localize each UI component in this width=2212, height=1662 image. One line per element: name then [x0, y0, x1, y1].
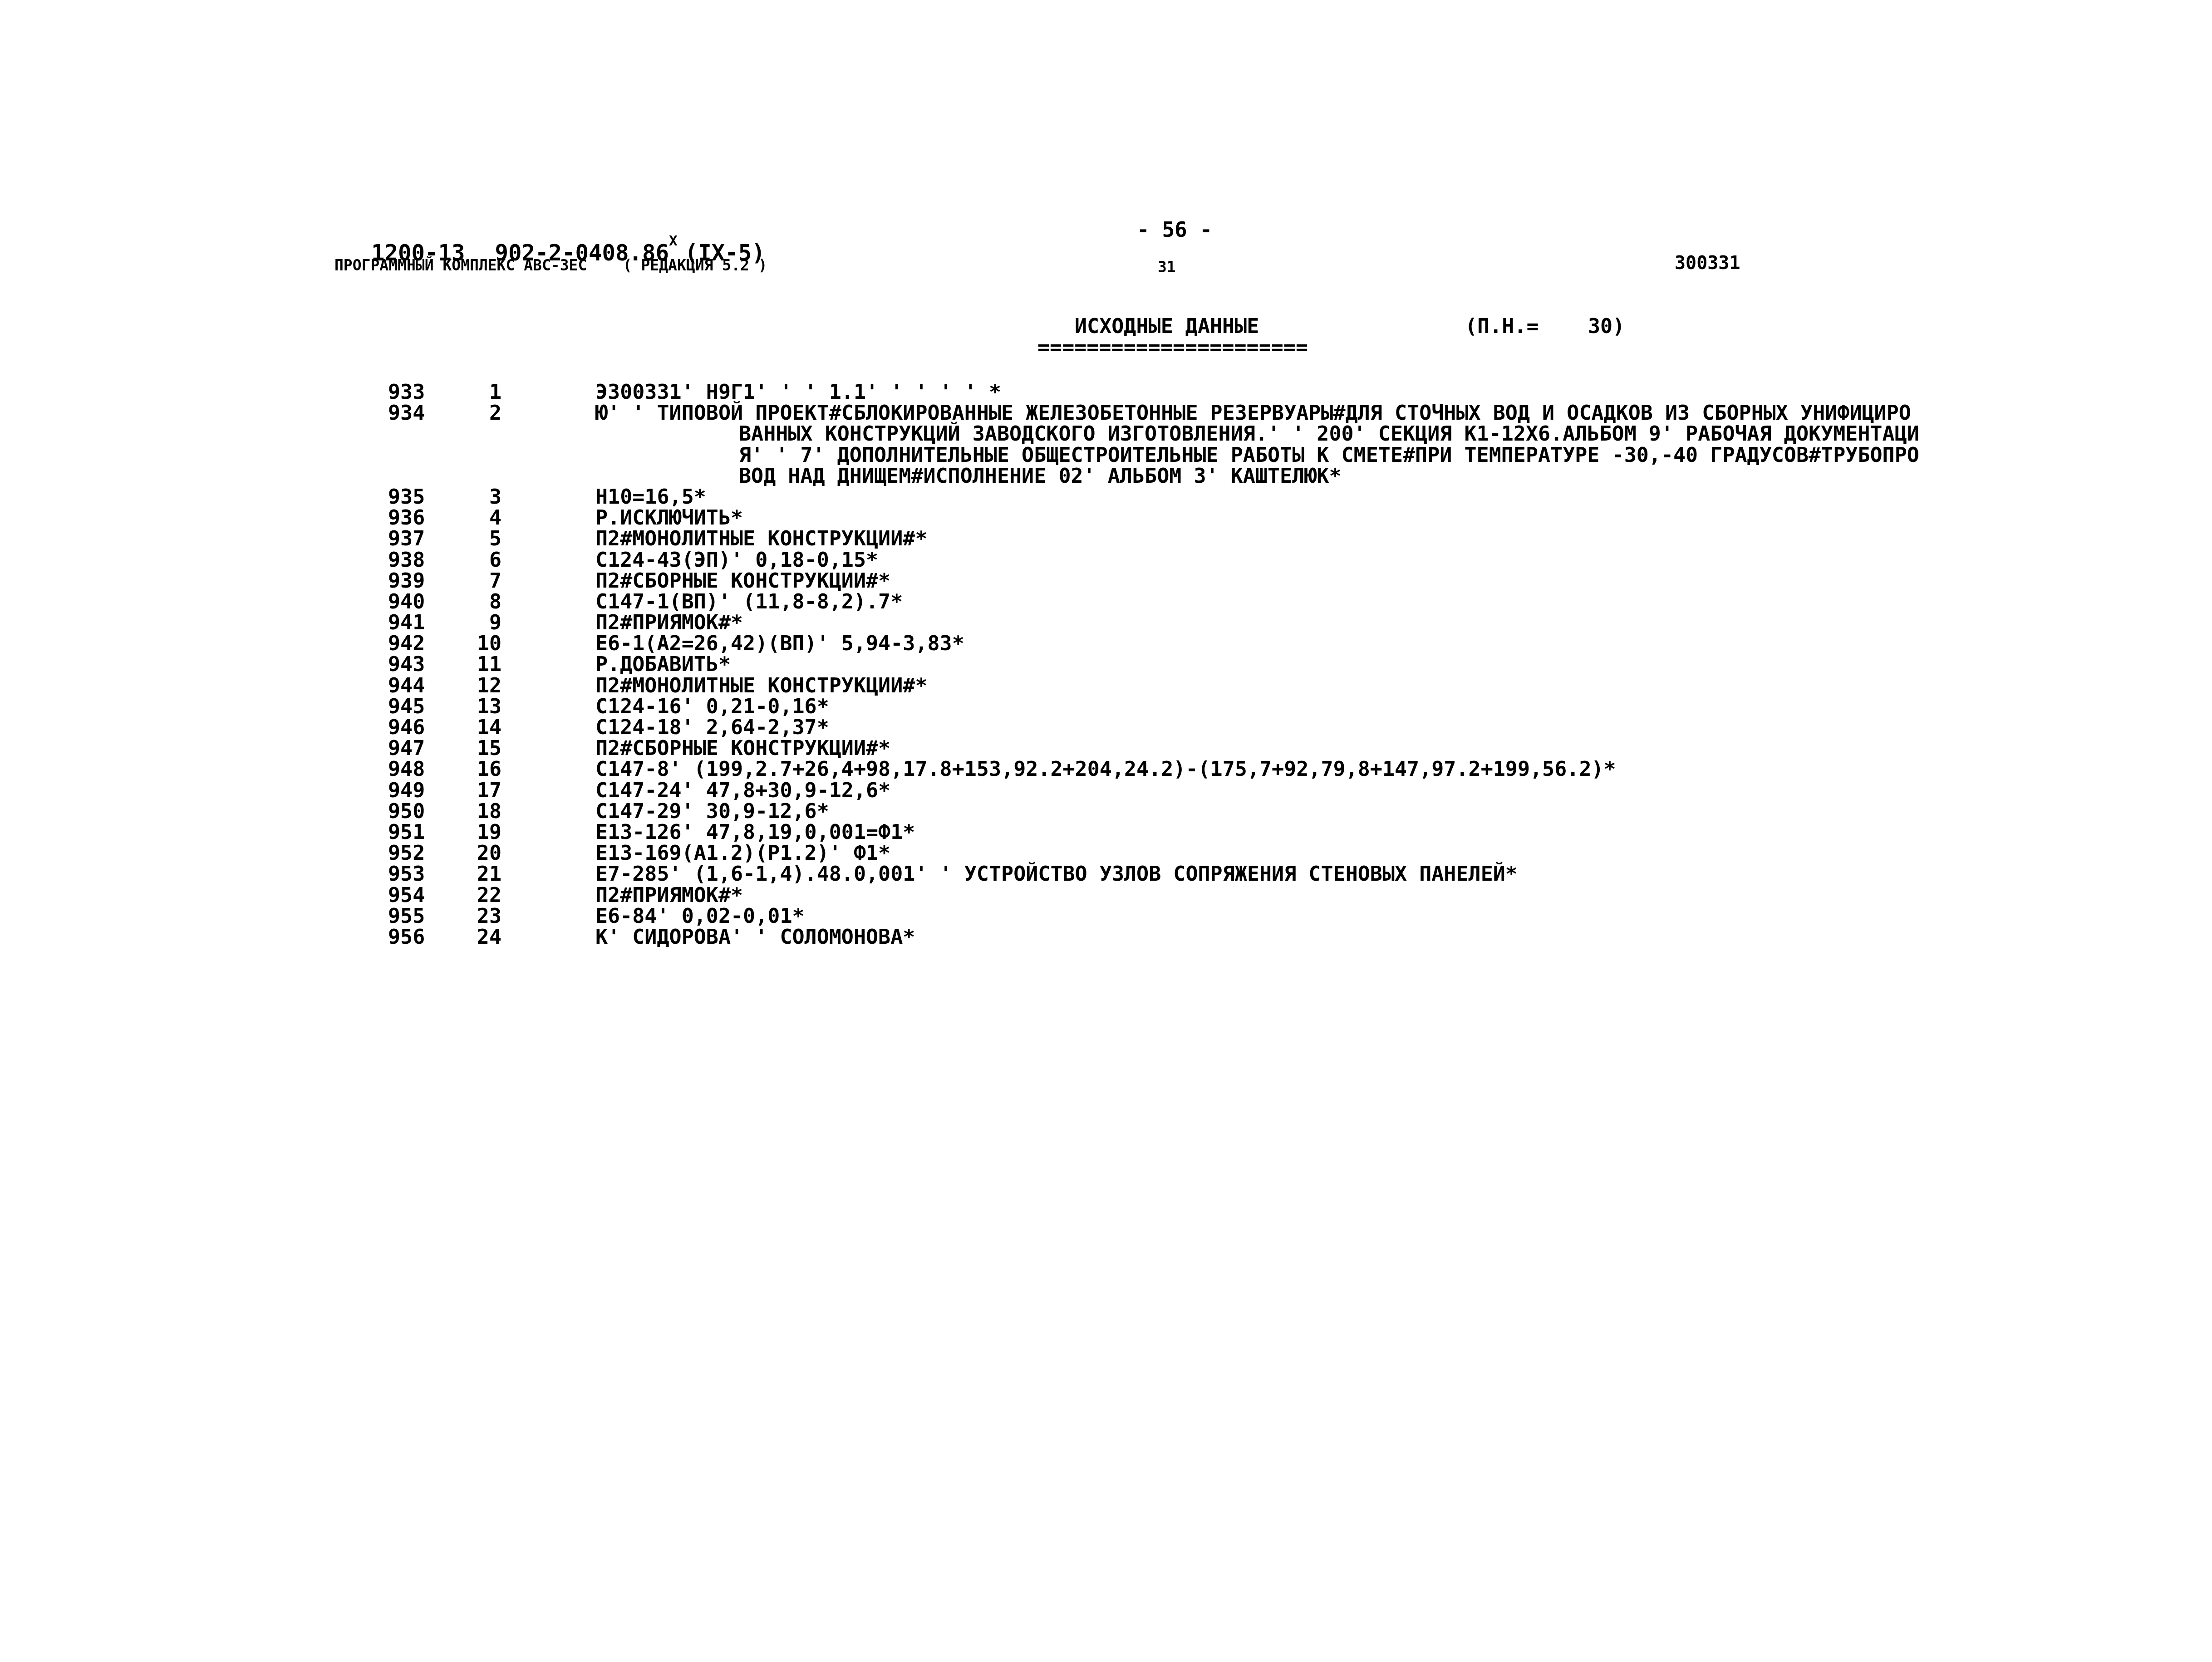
row-text: П2#ПРИЯМОК#* — [595, 612, 743, 633]
program-complex-line: ПРОГРАММНЫЙ КОМПЛЕКС АВС-3ЕС ( РЕДАКЦИЯ … — [334, 258, 767, 273]
row-text: П2#МОНОЛИТНЫЕ КОНСТРУКЦИИ#* — [595, 675, 928, 696]
row-sequence-number: 947 — [388, 738, 442, 759]
row-sequence-number: 956 — [388, 927, 442, 947]
table-row: 94715П2#СБОРНЫЕ КОНСТРУКЦИИ#* — [388, 738, 1919, 759]
row-sequence-number: 939 — [388, 570, 442, 591]
table-row: 9397П2#СБОРНЫЕ КОНСТРУКЦИИ#* — [388, 570, 1919, 591]
document-number: 300331 — [1675, 254, 1740, 272]
row-sequence-number: 946 — [388, 717, 442, 738]
table-row: 94311Р.ДОБАВИТЬ* — [388, 654, 1919, 675]
row-text: Э300331' Н9Г1' ' ' 1.1' ' ' ' ' * — [595, 382, 1001, 402]
table-row: 94614С124-18' 2,64-2,37* — [388, 717, 1919, 738]
row-line-number: 5 — [442, 528, 501, 549]
row-line-number: 19 — [442, 822, 501, 843]
table-row: 94917С147-24' 47,8+30,9-12,6* — [388, 780, 1919, 801]
table-row: 94412П2#МОНОЛИТНЫЕ КОНСТРУКЦИИ#* — [388, 675, 1919, 696]
row-text: П2#СБОРНЫЕ КОНСТРУКЦИИ#* — [595, 738, 890, 759]
header-line-1: 1200-13902-2-0408.86Х(IX-5) — [318, 215, 765, 286]
row-text: С147-1(ВП)' (11,8-8,2).7* — [595, 591, 903, 612]
row-sequence-number: 943 — [388, 654, 442, 675]
row-line-number: 23 — [442, 906, 501, 927]
row-text: Р.ИСКЛЮЧИТЬ* — [595, 507, 743, 528]
row-line-number: 1 — [442, 382, 501, 402]
row-text: С147-24' 47,8+30,9-12,6* — [595, 780, 890, 801]
table-row-continuation: ВАННЫХ КОНСТРУКЦИЙ ЗАВОДСКОГО ИЗГОТОВЛЕН… — [388, 423, 1919, 444]
row-line-number: 10 — [442, 633, 501, 654]
row-text: Е6-1(А2=26,42)(ВП)' 5,94-3,83* — [595, 633, 964, 654]
row-text-continuation: ВАННЫХ КОНСТРУКЦИЙ ЗАВОДСКОГО ИЗГОТОВЛЕН… — [739, 423, 1919, 444]
row-text: С147-29' 30,9-12,6* — [595, 801, 829, 822]
row-text: П2#СБОРНЫЕ КОНСТРУКЦИИ#* — [595, 570, 890, 591]
table-row: 94513С124-16' 0,21-0,16* — [388, 696, 1919, 717]
row-text: С124-16' 0,21-0,16* — [595, 696, 829, 717]
row-line-number: 21 — [442, 863, 501, 884]
table-row: 9331Э300331' Н9Г1' ' ' 1.1' ' ' ' ' * — [388, 382, 1919, 402]
table-row: 95523Е6-84' 0,02-0,01* — [388, 906, 1919, 927]
row-sequence-number: 941 — [388, 612, 442, 633]
row-sequence-number: 942 — [388, 633, 442, 654]
table-row-continuation: ВОД НАД ДНИЩЕМ#ИСПОЛНЕНИЕ 02' АЛЬБОМ 3' … — [388, 466, 1919, 486]
row-sequence-number: 945 — [388, 696, 442, 717]
row-line-number: 24 — [442, 927, 501, 947]
row-text: Е7-285' (1,6-1,4).48.0,001' ' УСТРОЙСТВО… — [595, 863, 1518, 884]
row-sequence-number: 935 — [388, 486, 442, 507]
row-text: Е6-84' 0,02-0,01* — [595, 906, 805, 927]
row-sequence-number: 944 — [388, 675, 442, 696]
row-line-number: 6 — [442, 549, 501, 570]
row-sequence-number: 940 — [388, 591, 442, 612]
table-row: 9375П2#МОНОЛИТНЫЕ КОНСТРУКЦИИ#* — [388, 528, 1919, 549]
table-row: 94816С147-8' (199,2.7+26,4+98,17.8+153,9… — [388, 759, 1919, 780]
row-text: С147-8' (199,2.7+26,4+98,17.8+153,92.2+2… — [595, 759, 1616, 780]
table-row-continuation: Я' ' 7' ДОПОЛНИТЕЛЬНЫЕ ОБЩЕСТРОИТЕЛЬНЫЕ … — [388, 445, 1919, 466]
table-row: 9353Н10=16,5* — [388, 486, 1919, 507]
row-text: Е13-169(А1.2)(Р1.2)' Ф1* — [595, 843, 890, 863]
row-sequence-number: 952 — [388, 843, 442, 863]
row-sequence-number: 950 — [388, 801, 442, 822]
row-sequence-number: 948 — [388, 759, 442, 780]
row-line-number: 18 — [442, 801, 501, 822]
table-row: 9342Ю' ' ТИПОВОЙ ПРОЕКТ#СБЛОКИРОВАННЫЕ Ж… — [388, 402, 1919, 423]
input-data-listing: 9331Э300331' Н9Г1' ' ' 1.1' ' ' ' ' *934… — [388, 382, 1919, 947]
row-line-number: 7 — [442, 570, 501, 591]
row-text: Ю' ' ТИПОВОЙ ПРОЕКТ#СБЛОКИРОВАННЫЕ ЖЕЛЕЗ… — [595, 402, 1911, 423]
row-text: С124-18' 2,64-2,37* — [595, 717, 829, 738]
section-title: ИСХОДНЫЕ ДАННЫЕ — [1075, 316, 1259, 337]
row-sequence-number: 936 — [388, 507, 442, 528]
row-line-number: 13 — [442, 696, 501, 717]
row-line-number: 15 — [442, 738, 501, 759]
section-pn-counter: (П.Н.= 30) — [1465, 316, 1625, 337]
page-number: - 56 - — [1137, 219, 1212, 240]
table-row: 9364Р.ИСКЛЮЧИТЬ* — [388, 507, 1919, 528]
row-line-number: 17 — [442, 780, 501, 801]
table-row: 95422П2#ПРИЯМОК#* — [388, 885, 1919, 906]
row-sequence-number: 949 — [388, 780, 442, 801]
row-sequence-number: 937 — [388, 528, 442, 549]
scanned-printout-page: 1200-13902-2-0408.86Х(IX-5) - 56 - ПРОГР… — [0, 0, 2212, 1662]
row-line-number: 14 — [442, 717, 501, 738]
row-sequence-number: 951 — [388, 822, 442, 843]
row-line-number: 11 — [442, 654, 501, 675]
row-sequence-number: 938 — [388, 549, 442, 570]
series-superscript: Х — [669, 233, 678, 249]
table-row: 95220Е13-169(А1.2)(Р1.2)' Ф1* — [388, 843, 1919, 863]
row-text: Н10=16,5* — [595, 486, 706, 507]
row-sequence-number: 934 — [388, 402, 442, 423]
row-text-continuation: ВОД НАД ДНИЩЕМ#ИСПОЛНЕНИЕ 02' АЛЬБОМ 3' … — [739, 466, 1342, 486]
row-line-number: 12 — [442, 675, 501, 696]
row-line-number: 22 — [442, 885, 501, 906]
row-text: П2#ПРИЯМОК#* — [595, 885, 743, 906]
row-text: Р.ДОБАВИТЬ* — [595, 654, 731, 675]
table-row: 94210Е6-1(А2=26,42)(ВП)' 5,94-3,83* — [388, 633, 1919, 654]
row-line-number: 2 — [442, 402, 501, 423]
row-text: С124-43(ЭП)' 0,18-0,15* — [595, 549, 878, 570]
row-sequence-number: 955 — [388, 906, 442, 927]
table-row: 95321Е7-285' (1,6-1,4).48.0,001' ' УСТРО… — [388, 863, 1919, 884]
row-line-number: 20 — [442, 843, 501, 863]
section-underline: ====================== — [1037, 337, 1308, 358]
row-sequence-number: 953 — [388, 863, 442, 884]
row-text: К' СИДОРОВА' ' СОЛОМОНОВА* — [595, 927, 915, 947]
sheet-number: 31 — [1158, 260, 1176, 275]
row-text-continuation: Я' ' 7' ДОПОЛНИТЕЛЬНЫЕ ОБЩЕСТРОИТЕЛЬНЫЕ … — [739, 445, 1919, 466]
table-row: 95119Е13-126' 47,8,19,0,001=Ф1* — [388, 822, 1919, 843]
table-row: 95624К' СИДОРОВА' ' СОЛОМОНОВА* — [388, 927, 1919, 947]
row-line-number: 8 — [442, 591, 501, 612]
row-line-number: 9 — [442, 612, 501, 633]
table-row: 9419П2#ПРИЯМОК#* — [388, 612, 1919, 633]
table-row: 9408С147-1(ВП)' (11,8-8,2).7* — [388, 591, 1919, 612]
row-sequence-number: 933 — [388, 382, 442, 402]
row-sequence-number: 954 — [388, 885, 442, 906]
row-text: Е13-126' 47,8,19,0,001=Ф1* — [595, 822, 915, 843]
row-line-number: 3 — [442, 486, 501, 507]
row-line-number: 4 — [442, 507, 501, 528]
table-row: 9386С124-43(ЭП)' 0,18-0,15* — [388, 549, 1919, 570]
row-text: П2#МОНОЛИТНЫЕ КОНСТРУКЦИИ#* — [595, 528, 928, 549]
row-line-number: 16 — [442, 759, 501, 780]
table-row: 95018С147-29' 30,9-12,6* — [388, 801, 1919, 822]
